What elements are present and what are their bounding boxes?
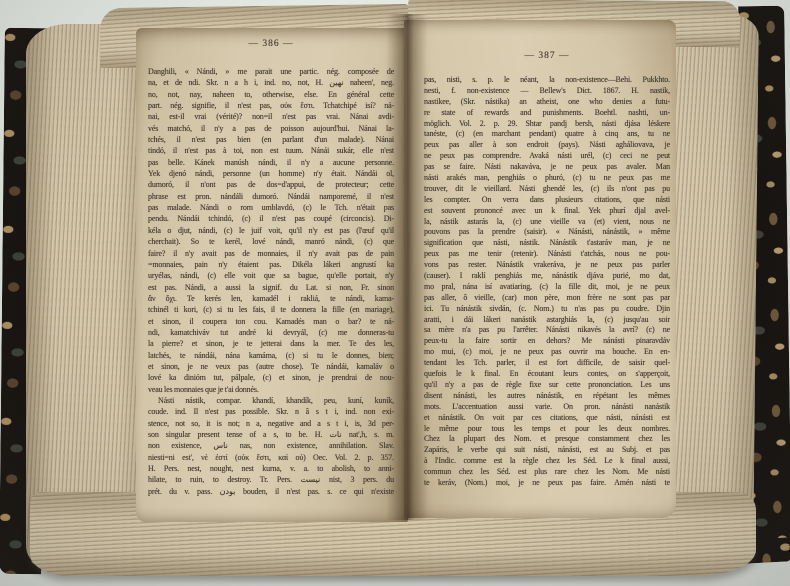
text-line: H. Pers. nest, nought, nest kurna, v. a.…	[148, 463, 394, 474]
text-line: cherchait). So te kerél, lové nándi, man…	[148, 236, 394, 247]
text-line: tindó, il n'est pas à toi, non est tuum.…	[148, 145, 394, 156]
text-line: möglich. Vol. 2. p. 29. Shtar pandj bers…	[424, 119, 670, 130]
text-line: te keráv, (Nom.) moi, je ne peux pas fai…	[424, 478, 670, 489]
text-line: Násti nástik, compar. khandí, khandík, p…	[148, 395, 394, 406]
text-line: ndi, kamatchiváv tut andré ki devryál, (…	[148, 327, 394, 338]
text-line: coude. ind. Il n'est pas possible. Skr. …	[148, 406, 394, 417]
text-line: tchés, il n'est pas bien (en parlant d'u…	[148, 134, 394, 145]
text-line: Yek djenó nándi, personne (un homme) n'y…	[148, 168, 394, 179]
text-line: (causer). I raklí penghiás me, nánástik …	[424, 271, 670, 282]
text-line: faire? il n'y avait pas de monnaies, il …	[148, 248, 394, 259]
text-line: nai, est-il vrai (vérité)? non=il n'est …	[148, 111, 394, 122]
text-line: ne peux pas comprendre. Avaká násti urél…	[424, 151, 670, 162]
text-line: vés matchó, il n'y a pas de poisson aujo…	[148, 123, 394, 134]
text-line: latchés, te nándái, nána kamáma, (c) si …	[148, 350, 394, 361]
text-line: Danghili, « Nándi, » me parait une parti…	[148, 66, 394, 77]
text-line: vons pas rester. Nánástik vrakeráva, je …	[424, 260, 670, 271]
text-line: et nánástik. On voit par ces citations, …	[424, 413, 670, 424]
right-page-number: — 387 —	[424, 50, 670, 62]
text-line: dumoró, il n'ont pas de dos=d'appui, de …	[148, 179, 394, 190]
text-line: aratti, i dái lákeri nanástik astarghiás…	[424, 315, 670, 326]
text-line: mo pral, nána isí avatiaring, (c) la fil…	[424, 282, 670, 293]
text-line: peux pas me tenir (retenir). Nánásti t'a…	[424, 249, 670, 260]
text-line: trouver, dit le vieillard. Násti ghendé …	[424, 184, 670, 195]
text-line: násti arakés man, penghiás o phuró, (c) …	[424, 173, 670, 184]
text-line: nesti, f. non-existence — Bellew's Dict.…	[424, 86, 670, 97]
text-line: signification que násti, nástik. Nánásti…	[424, 238, 670, 249]
text-line: est souvent prononcé avec un k final. Ye…	[424, 206, 670, 217]
text-line: hilate, to ruin, to destroy. Tr. Pers. ن…	[148, 474, 394, 485]
text-line: sa mère n'a pas pu l'arrêter. Nánásti ni…	[424, 325, 670, 336]
text-line: stence, not so, it is not; n a, negative…	[148, 418, 394, 429]
text-line: kéla o djut, nándi, (c) le juif voit, qu…	[148, 225, 394, 236]
text-line: peux pas aller à son endroit (pays). Nás…	[424, 140, 670, 151]
text-line: tchinél ti kori, (c) si tu les fais, il …	[148, 304, 394, 315]
text-line: commun chez les Séd. est plus rare chez …	[424, 467, 670, 478]
text-line: pas aller, ô vieille, (car) mon père, mo…	[424, 293, 670, 304]
text-line: lové ka dinióm tut, pálpale, (c) et sino…	[148, 372, 394, 383]
text-line: pendu. Nándái tchindó, (c) il n'est pas …	[148, 213, 394, 224]
text-line: pas belle. Kánek manúsh nándi, il n'y a …	[148, 157, 394, 168]
text-line: la, nástik astarás la, (c) une vieille v…	[424, 217, 670, 228]
text-line: le même pour tous les temps et pour les …	[424, 424, 670, 435]
text-line: tendant les Tch. parler, il est fort dif…	[424, 358, 670, 369]
text-line: pouvons pas la prendre (saisir). « Nánás…	[424, 227, 670, 238]
text-line: peux-tu la faire sortir en dehors? Me ná…	[424, 336, 670, 347]
text-line: veau les monnaies que je t'ai donnés.	[148, 384, 394, 395]
text-line: re state of rewards and punishments. Boe…	[424, 108, 670, 119]
text-line: phrase est pron. nándáli dumoró. Nándái …	[148, 191, 394, 202]
text-line: et sinon, il coupera ton cou. Kamadés ma…	[148, 316, 394, 327]
text-line: qu'il n'y a pas de règle fixe sur cette …	[424, 380, 670, 391]
page-edges-left	[26, 24, 154, 572]
text-line: la pierre? et sinon, je te jetterai dans…	[148, 338, 394, 349]
text-line: ἂν ὄχι. Te kerés len, kamadél i rakliá, …	[148, 293, 394, 304]
text-line: non existence, ناس nas, non existence, a…	[148, 440, 394, 451]
text-line: no, not, nay, naheen to, otherwise, else…	[148, 89, 394, 100]
book-photo: — 386 — Danghili, « Nándi, » me parait u…	[0, 0, 790, 586]
text-line: disent nánásti, les autres nánástik, en …	[424, 391, 670, 402]
text-line: uryélas, nándi, (c) elle voit que sa bag…	[148, 270, 394, 281]
text-line: mo mui, (c) moi, je ne peux pas ouvrir m…	[424, 347, 670, 358]
text-line: nastikee, (Skr. nástika) an atheist, one…	[424, 97, 670, 108]
text-line: pas malade. Nándi o rom umblavdó, (c) le…	[148, 202, 394, 213]
text-line: ici. Tu nánástik sivdán, (c. Nom.) tu n'…	[424, 304, 670, 315]
text-line: est pas. Nándi, a aussi la signif. du La…	[148, 282, 394, 293]
left-page-text: Danghili, « Nándi, » me parait une parti…	[148, 66, 394, 497]
text-line: niesti=ni est', νὲ ἐστί (οὐκ ἔστι, καὶ ο…	[148, 452, 394, 463]
text-line: Zapáris, le verbe qui suit násti, nánást…	[424, 445, 670, 456]
text-line: à l'Indic. comme est la règle chez les S…	[424, 456, 670, 467]
text-line: pas se faire. Násti nakaváva, je ne peux…	[424, 162, 670, 173]
right-page-text: pas, nisti, s. p. le néant, la non-exist…	[424, 75, 670, 489]
left-page-number: — 386 —	[148, 38, 394, 50]
text-line: na, et de ndi. Skr. n a h i, ind. no, no…	[148, 77, 394, 88]
text-line: tanéste, (c) (en marchant pendant) quatr…	[424, 129, 670, 140]
text-line: part. nég. signifie, il n'est pas, οὐκ ἔ…	[148, 100, 394, 111]
right-page-content: — 387 — pas, nisti, s. p. le néant, la n…	[424, 50, 670, 489]
text-line: pas, nisti, s. p. le néant, la non-exist…	[424, 75, 670, 86]
text-line: prét. du v. pass. بودن bouden, il n'est …	[148, 486, 394, 497]
text-line: quefois le k final. En écoutant leurs co…	[424, 369, 670, 380]
text-line: Chez la plupart des Nom. et presque cons…	[424, 434, 670, 445]
text-line: mots. L'accentuation aussi varie. On pro…	[424, 402, 670, 413]
text-line: les compter. On verra dans plusieurs cit…	[424, 195, 670, 206]
left-page-content: — 386 — Danghili, « Nándi, » me parait u…	[148, 38, 394, 497]
text-line: =monnaies, pain n'y étaient pas. Dikéla …	[148, 259, 394, 270]
text-line: son singular present tense of a s, to be…	[148, 429, 394, 440]
text-line: et sinon, je ne veux pas (autre chose). …	[148, 361, 394, 372]
